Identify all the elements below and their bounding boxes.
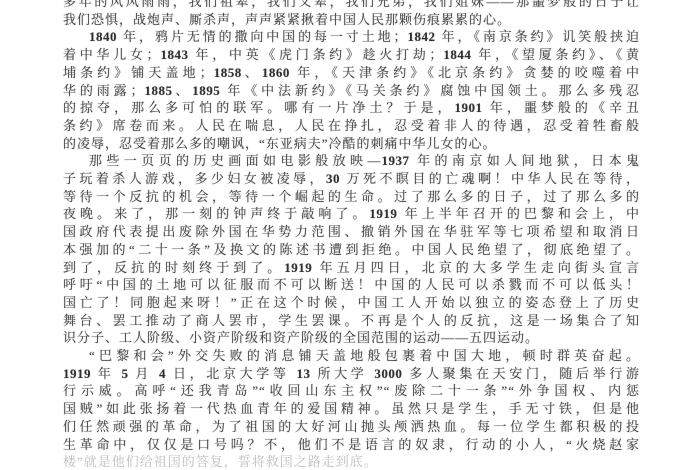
text-line: 行示威。高呼“还我青岛”“收回山东主权”“废除二十一条”“外争国权、内惩 [63,382,640,400]
text-line: 到了，反抗的时刻终于到了。1919 年五月四日，北京的大多学生走向街头宣言 [63,259,640,277]
number-text: 5 [122,366,129,381]
text-line: 国政府代表提出废除外国在华势力范围、撤销外国在华驻军等七项希望和取消日 [63,223,640,241]
number-text: 30 [326,171,340,186]
text-line: 夜晚。来了，那一刻的钟声终于敲响了。1919 年上半年召开的巴黎和会上，中 [63,205,640,223]
text-line: 多年的风风雨雨，我们祖辈，我们父辈，我们兄弟，我们姐妹——那噩梦般的日子让 [63,0,640,11]
text-line: 等待一个反抗的机会，等待一个崛起的生命。过了那么多的日子，过了那么多的 [63,188,640,206]
text-line: 生革命中，仅仅是口号吗？不，他们不是语言的奴隶，行动的小人，“火烧赵家 [63,436,640,454]
text-line: 本强加的“二十一条”及换文的陈述书遭到拒绝。中国人民绝望了，彻底绝望了。 [63,241,640,259]
number-text: 1860 [262,65,290,80]
number-text: 13 [297,366,311,381]
paragraph: 多年的风风雨雨，我们祖辈，我们父辈，我们兄弟，我们姐妹——那噩梦般的日子让我们恐… [63,0,640,28]
number-text: 4 [159,366,166,381]
text-line: 识分子、工人阶级、小资产阶级和资产阶级的全国范围的运动——五四运动。 [63,329,640,347]
text-line: 我们恐惧，战炮声、厮杀声，声声紧紧揪着中国人民那颗伤痕累累的心。 [63,11,640,29]
paragraph: 1840 年，鸦片无情的撒向中国的每一寸土地；1842 年，《南京条约》讥笑般挟… [63,28,640,152]
number-text: 1937 [381,153,409,168]
number-text: 1919 [369,206,397,221]
number-text: 1901 [455,100,483,115]
number-text: 3000 [374,366,402,381]
text-line: 华的雨露；1885、1895 年《中法新约》《马关条约》腐蚀中国领土。那么多残忍 [63,82,640,100]
number-text: 1919 [63,366,91,381]
text-line: 的掠夺，那么多可怕的联军。哪有一片净土？于是，1901 年，噩梦般的《辛丑 [63,99,640,117]
text-line: 国贼”如此张扬着一代热血青年的爱国精神。虽然只是学生，手无寸铁，但是他 [63,400,640,418]
text-line: 国亡了！同胞起来呀！”正在这个时候，中国工人开始以独立的姿态登上了历史 [63,294,640,312]
text-line: 的凌辱，忍受着那么多的嘲讽，“东亚病夫”冷酷的刺痛中华儿女的心。 [63,135,640,153]
text-line: 1840 年，鸦片无情的撒向中国的每一寸土地；1842 年，《南京条约》讥笑般挟… [63,28,640,46]
document-page: 多年的风风雨雨，我们祖辈，我们父辈，我们兄弟，我们姐妹——那噩梦般的日子让我们恐… [0,0,700,470]
paragraph: “巴黎和会”外交失败的消息铺天盖地般包裹着中国大地，顿时群英奋起。1919 年 … [63,347,640,470]
text-line: 埔条约》铺天盖地；1858、1860 年，《天津条约》《北京条约》贪婪的咬噬着中 [63,64,640,82]
text-line: 楼”就是他们给祖国的答复，誓将救国之路走到底。 [63,453,640,470]
text-line: “巴黎和会”外交失败的消息铺天盖地般包裹着中国大地，顿时群英奋起。 [63,347,640,365]
number-text: 1844 [443,47,471,62]
number-text: 1842 [408,29,436,44]
text-line: 1919 年 5 月 4 日，北京大学等 13 所大学 3000 多人聚集在天安… [63,365,640,383]
number-text: 1840 [89,29,117,44]
text-line: 子玩着杀人游戏，多少妇女被凌辱，30 万死不瞑目的亡魂啊！中华人民在等待， [63,170,640,188]
text-line: 条约》席卷而来。人民在喘息，人民在挣扎，忍受着非人的待遇，忍受着牲畜般 [63,117,640,135]
number-text: 1895 [192,83,220,98]
number-text: 1858 [214,65,242,80]
number-text: 1843 [161,47,189,62]
text-line: 呼吁“中国的土地可以征服而不可以断送！中国的人民可以杀戮而不可以低头！ [63,276,640,294]
text-line: 那些一页页的历史画面如电影般放映—1937 年的南京如人间地狱，日本鬼 [63,152,640,170]
text-line: 着中华儿女；1843 年，中英《虎门条约》趁火打劫；1844 年，《望厦条约》、… [63,46,640,64]
text-line: 舞台、罢工推动了商人罢市，学生罢课。不再是个人的反抗，这是一场集合了知 [63,312,640,330]
number-text: 1919 [284,260,312,275]
document-text: 多年的风风雨雨，我们祖辈，我们父辈，我们兄弟，我们姐妹——那噩梦般的日子让我们恐… [63,0,640,470]
text-line: 们任然顽强的革命，为了祖国的大好河山抛头颅洒热血。每一位学生都积极的投 [63,418,640,436]
paragraph: 那些一页页的历史画面如电影般放映—1937 年的南京如人间地狱，日本鬼子玩着杀人… [63,152,640,347]
number-text: 1885 [145,83,173,98]
